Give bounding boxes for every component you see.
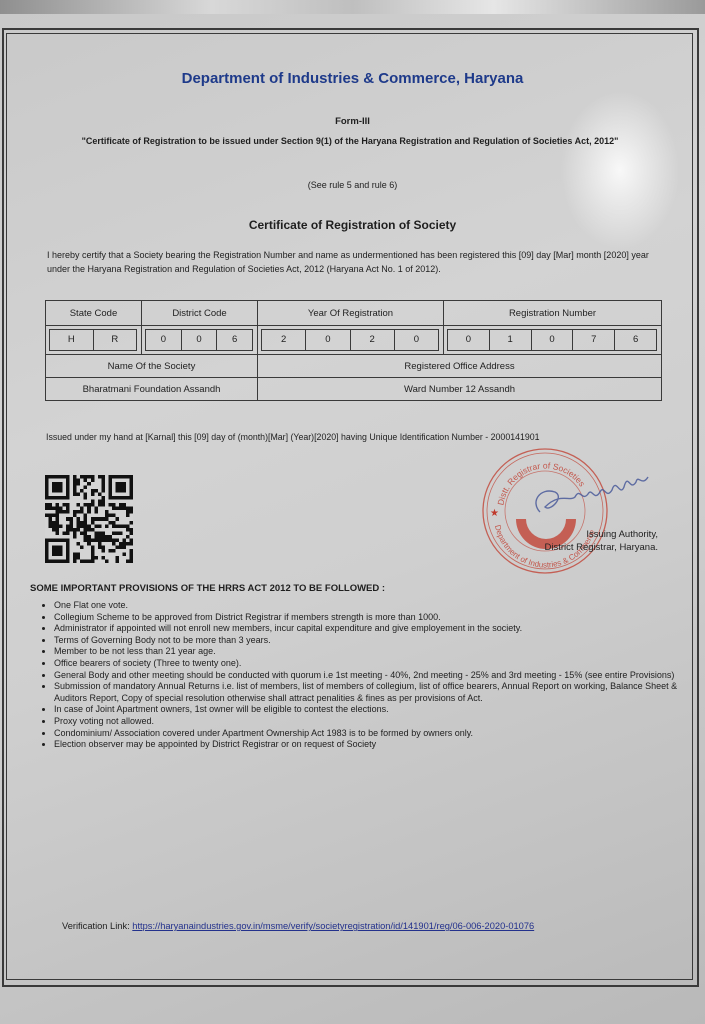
digit-box: 7 <box>572 329 615 351</box>
provision-item: One Flat one vote. <box>54 600 694 612</box>
district-code-boxes: 006 <box>142 326 257 354</box>
provision-item: Office bearers of society (Three to twen… <box>54 658 694 670</box>
authority-line-1: Issuing Authority, <box>508 528 658 541</box>
year-boxes: 2020 <box>258 326 443 354</box>
district-code-header: District Code <box>142 301 258 326</box>
digit-box: 0 <box>394 329 439 351</box>
verification-link[interactable]: https://haryanaindustries.gov.in/msme/ve… <box>132 921 534 931</box>
digit-box: 0 <box>181 329 218 351</box>
provisions-list: One Flat one vote.Collegium Scheme to be… <box>38 600 694 751</box>
digit-box: 0 <box>145 329 182 351</box>
district-code-cell: 006 <box>142 326 258 355</box>
issuing-authority: Issuing Authority, District Registrar, H… <box>508 528 658 554</box>
provision-item: Collegium Scheme to be approved from Dis… <box>54 612 694 624</box>
provision-item: In case of Joint Apartment owners, 1st o… <box>54 704 694 716</box>
rule-reference: (See rule 5 and rule 6) <box>0 180 705 190</box>
provision-item: Election observer may be appointed by Di… <box>54 739 694 751</box>
state-code-header: State Code <box>46 301 142 326</box>
provision-item: General Body and other meeting should be… <box>54 670 694 682</box>
signature <box>520 462 660 532</box>
digit-box: 1 <box>489 329 532 351</box>
digit-box: 0 <box>447 329 490 351</box>
digit-box: R <box>93 329 138 351</box>
certificate-content: Department of Industries & Commerce, Har… <box>0 0 705 1024</box>
registration-number-header: Registration Number <box>444 301 662 326</box>
digit-box: 0 <box>531 329 574 351</box>
svg-text:★: ★ <box>490 508 499 519</box>
digit-box: 2 <box>261 329 306 351</box>
form-number: Form-III <box>0 116 705 127</box>
state-code-boxes: HR <box>46 326 141 354</box>
state-code-cell: HR <box>46 326 142 355</box>
provisions-title: SOME IMPORTANT PROVISIONS OF THE HRRS AC… <box>30 583 385 594</box>
department-title: Department of Industries & Commerce, Har… <box>0 70 705 87</box>
provision-item: Condominium/ Association covered under A… <box>54 728 694 740</box>
digit-box: 2 <box>350 329 395 351</box>
authority-line-2: District Registrar, Haryana. <box>508 541 658 554</box>
provision-item: Terms of Governing Body not to be more t… <box>54 635 694 647</box>
registration-number-cell: 01076 <box>444 326 662 355</box>
year-cell: 2020 <box>258 326 444 355</box>
digit-box: 6 <box>614 329 657 351</box>
registration-table: State Code District Code Year Of Registr… <box>45 300 662 401</box>
digit-box: H <box>49 329 94 351</box>
certificate-title: Certificate of Registration of Society <box>0 218 705 232</box>
issued-statement: Issued under my hand at [Karnal] this [0… <box>46 432 686 442</box>
digit-box: 0 <box>305 329 350 351</box>
provision-item: Proxy voting not allowed. <box>54 716 694 728</box>
year-header: Year Of Registration <box>258 301 444 326</box>
verification-label: Verification Link: <box>62 921 130 931</box>
office-address-label: Registered Office Address <box>258 355 662 378</box>
provision-item: Administrator if appointed will not enro… <box>54 623 694 635</box>
certification-statement: I hereby certify that a Society bearing … <box>47 248 667 276</box>
provision-item: Submission of mandatory Annual Returns i… <box>54 681 694 704</box>
society-name-value: Bharatmani Foundation Assandh <box>46 378 258 401</box>
provision-item: Member to be not less than 21 year age. <box>54 646 694 658</box>
office-address-value: Ward Number 12 Assandh <box>258 378 662 401</box>
qr-code[interactable] <box>45 475 133 563</box>
section-title: "Certificate of Registration to be issue… <box>30 134 670 148</box>
registration-number-boxes: 01076 <box>444 326 661 354</box>
society-name-label: Name Of the Society <box>46 355 258 378</box>
verification-section: Verification Link: https://haryanaindust… <box>62 921 672 931</box>
digit-box: 6 <box>216 329 253 351</box>
